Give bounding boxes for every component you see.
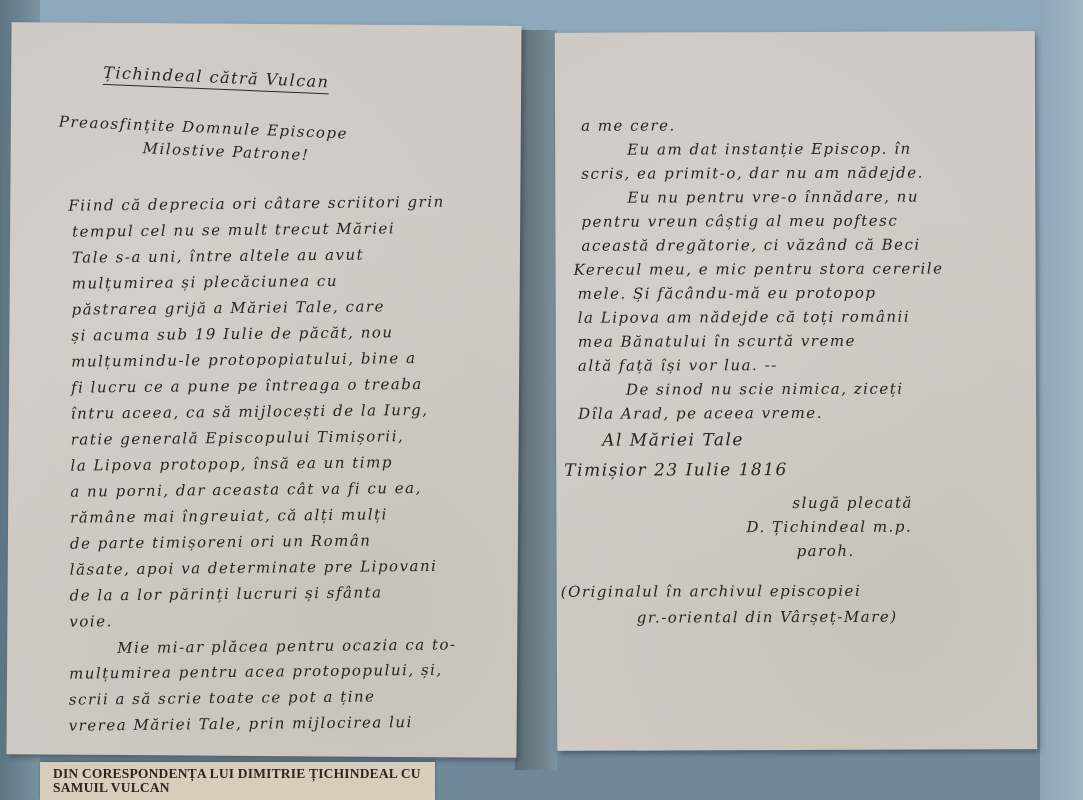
letter-line: altă față își vor lua. --: [578, 356, 778, 375]
caption-text: DIN CORESPONDENȚA LUI DIMITRIE ȚICHINDEA…: [53, 767, 433, 795]
letter-line: Tale s-a uni, între altele au avut: [72, 246, 364, 267]
letter-line: mulțumirea pentru acea protopopului, și,: [69, 661, 443, 683]
letter-line: pentru vreun câștig al meu poftesc: [581, 212, 898, 231]
letter-page-right: a me cere. Eu am dat instanție Episcop. …: [555, 31, 1038, 751]
salutation-line: Milostive Patrone!: [142, 139, 309, 164]
letter-line: de la a lor părinți lucruri și sfânta: [69, 583, 382, 604]
letter-line: întru aceea, ca să mijlocești de la Iurg…: [71, 401, 429, 423]
letter-line: mea Bănatului în scurtă vreme: [578, 332, 856, 351]
letter-line: ratie generală Episcopului Timișorii,: [71, 427, 405, 448]
archive-note: (Originalul în archivul episcopiei: [561, 582, 862, 601]
display-case-wall-right: [1040, 0, 1083, 800]
display-case-gap: [515, 30, 557, 770]
letter-line: la Lipova protopop, însă ea un timp: [70, 453, 393, 474]
letter-line: Dîla Arad, pe aceea vreme.: [578, 404, 823, 423]
letter-line: a nu porni, dar aceasta cât va fi cu ea,: [70, 479, 422, 501]
letter-date: Timișior 23 Iulie 1816: [564, 460, 788, 481]
signature-line: slugă plecată: [792, 494, 913, 512]
letter-line: vrerea Măriei Tale, prin mijlocirea lui: [69, 713, 413, 735]
letter-line: și acuma sub 19 Iulie de păcăt, nou: [71, 323, 393, 344]
letter-line: de parte timișoreni ori un Român: [70, 531, 372, 552]
archive-note: gr.-oriental din Vârșeț-Mare): [637, 608, 898, 627]
letter-line: tempul cel nu se mult trecut Măriei: [72, 219, 395, 240]
letter-line: Fiind că deprecia ori câtare scriitori g…: [68, 193, 445, 215]
letter-line: păstrarea grijă a Măriei Tale, care: [71, 297, 385, 318]
letter-line: a me cere.: [581, 116, 676, 134]
letter-line: mulțumirea și plecăciunea cu: [72, 272, 338, 293]
letter-line: Kerecul meu, e mic pentru stora cererile: [574, 259, 944, 278]
letter-page-left: Țichindeal cătră Vulcan Preaosfințite Do…: [6, 22, 521, 758]
letter-line: De sinod nu scie nimica, ziceți: [626, 380, 904, 399]
letter-line: scrii a să scrie toate ce pot a ține: [69, 687, 376, 708]
letter-line: mulțumindu-le protopopiatului, bine a: [71, 349, 416, 371]
signature-line: D. Țichindeal m.p.: [746, 518, 912, 537]
letter-line: mele. Și făcându-mă eu protopop: [578, 284, 877, 303]
letter-line: scris, ea primit-o, dar nu am nădejde.: [581, 164, 924, 183]
letter-line: rămâne mai îngreuiat, că alți mulți: [70, 505, 388, 526]
letter-line: această dregătorie, ci văzând că Beci: [581, 236, 920, 255]
letter-line: la Lipova am nădejde că toți românii: [578, 308, 910, 327]
exhibit-caption-label: DIN CORESPONDENȚA LUI DIMITRIE ȚICHINDEA…: [40, 762, 435, 800]
letter-line: fi lucru ce a pune pe întreaga o treaba: [71, 375, 423, 397]
letter-line: lăsate, apoi va determinate pre Lipovani: [70, 557, 438, 579]
salutation-line: Preaosfințite Domnule Episcope: [58, 113, 348, 143]
letter-line: Eu am dat instanție Episcop. în: [627, 140, 912, 159]
signature-line: paroh.: [797, 542, 855, 560]
letter-line: voie.: [69, 612, 113, 630]
letter-line: Mie mi-ar plăcea pentru ocazia ca to-: [117, 635, 457, 657]
letter-line: Eu nu pentru vre-o înnădare, nu: [627, 188, 919, 207]
letter-closing: Al Măriei Tale: [602, 430, 744, 450]
letter-heading: Țichindeal cătră Vulcan: [103, 63, 330, 94]
